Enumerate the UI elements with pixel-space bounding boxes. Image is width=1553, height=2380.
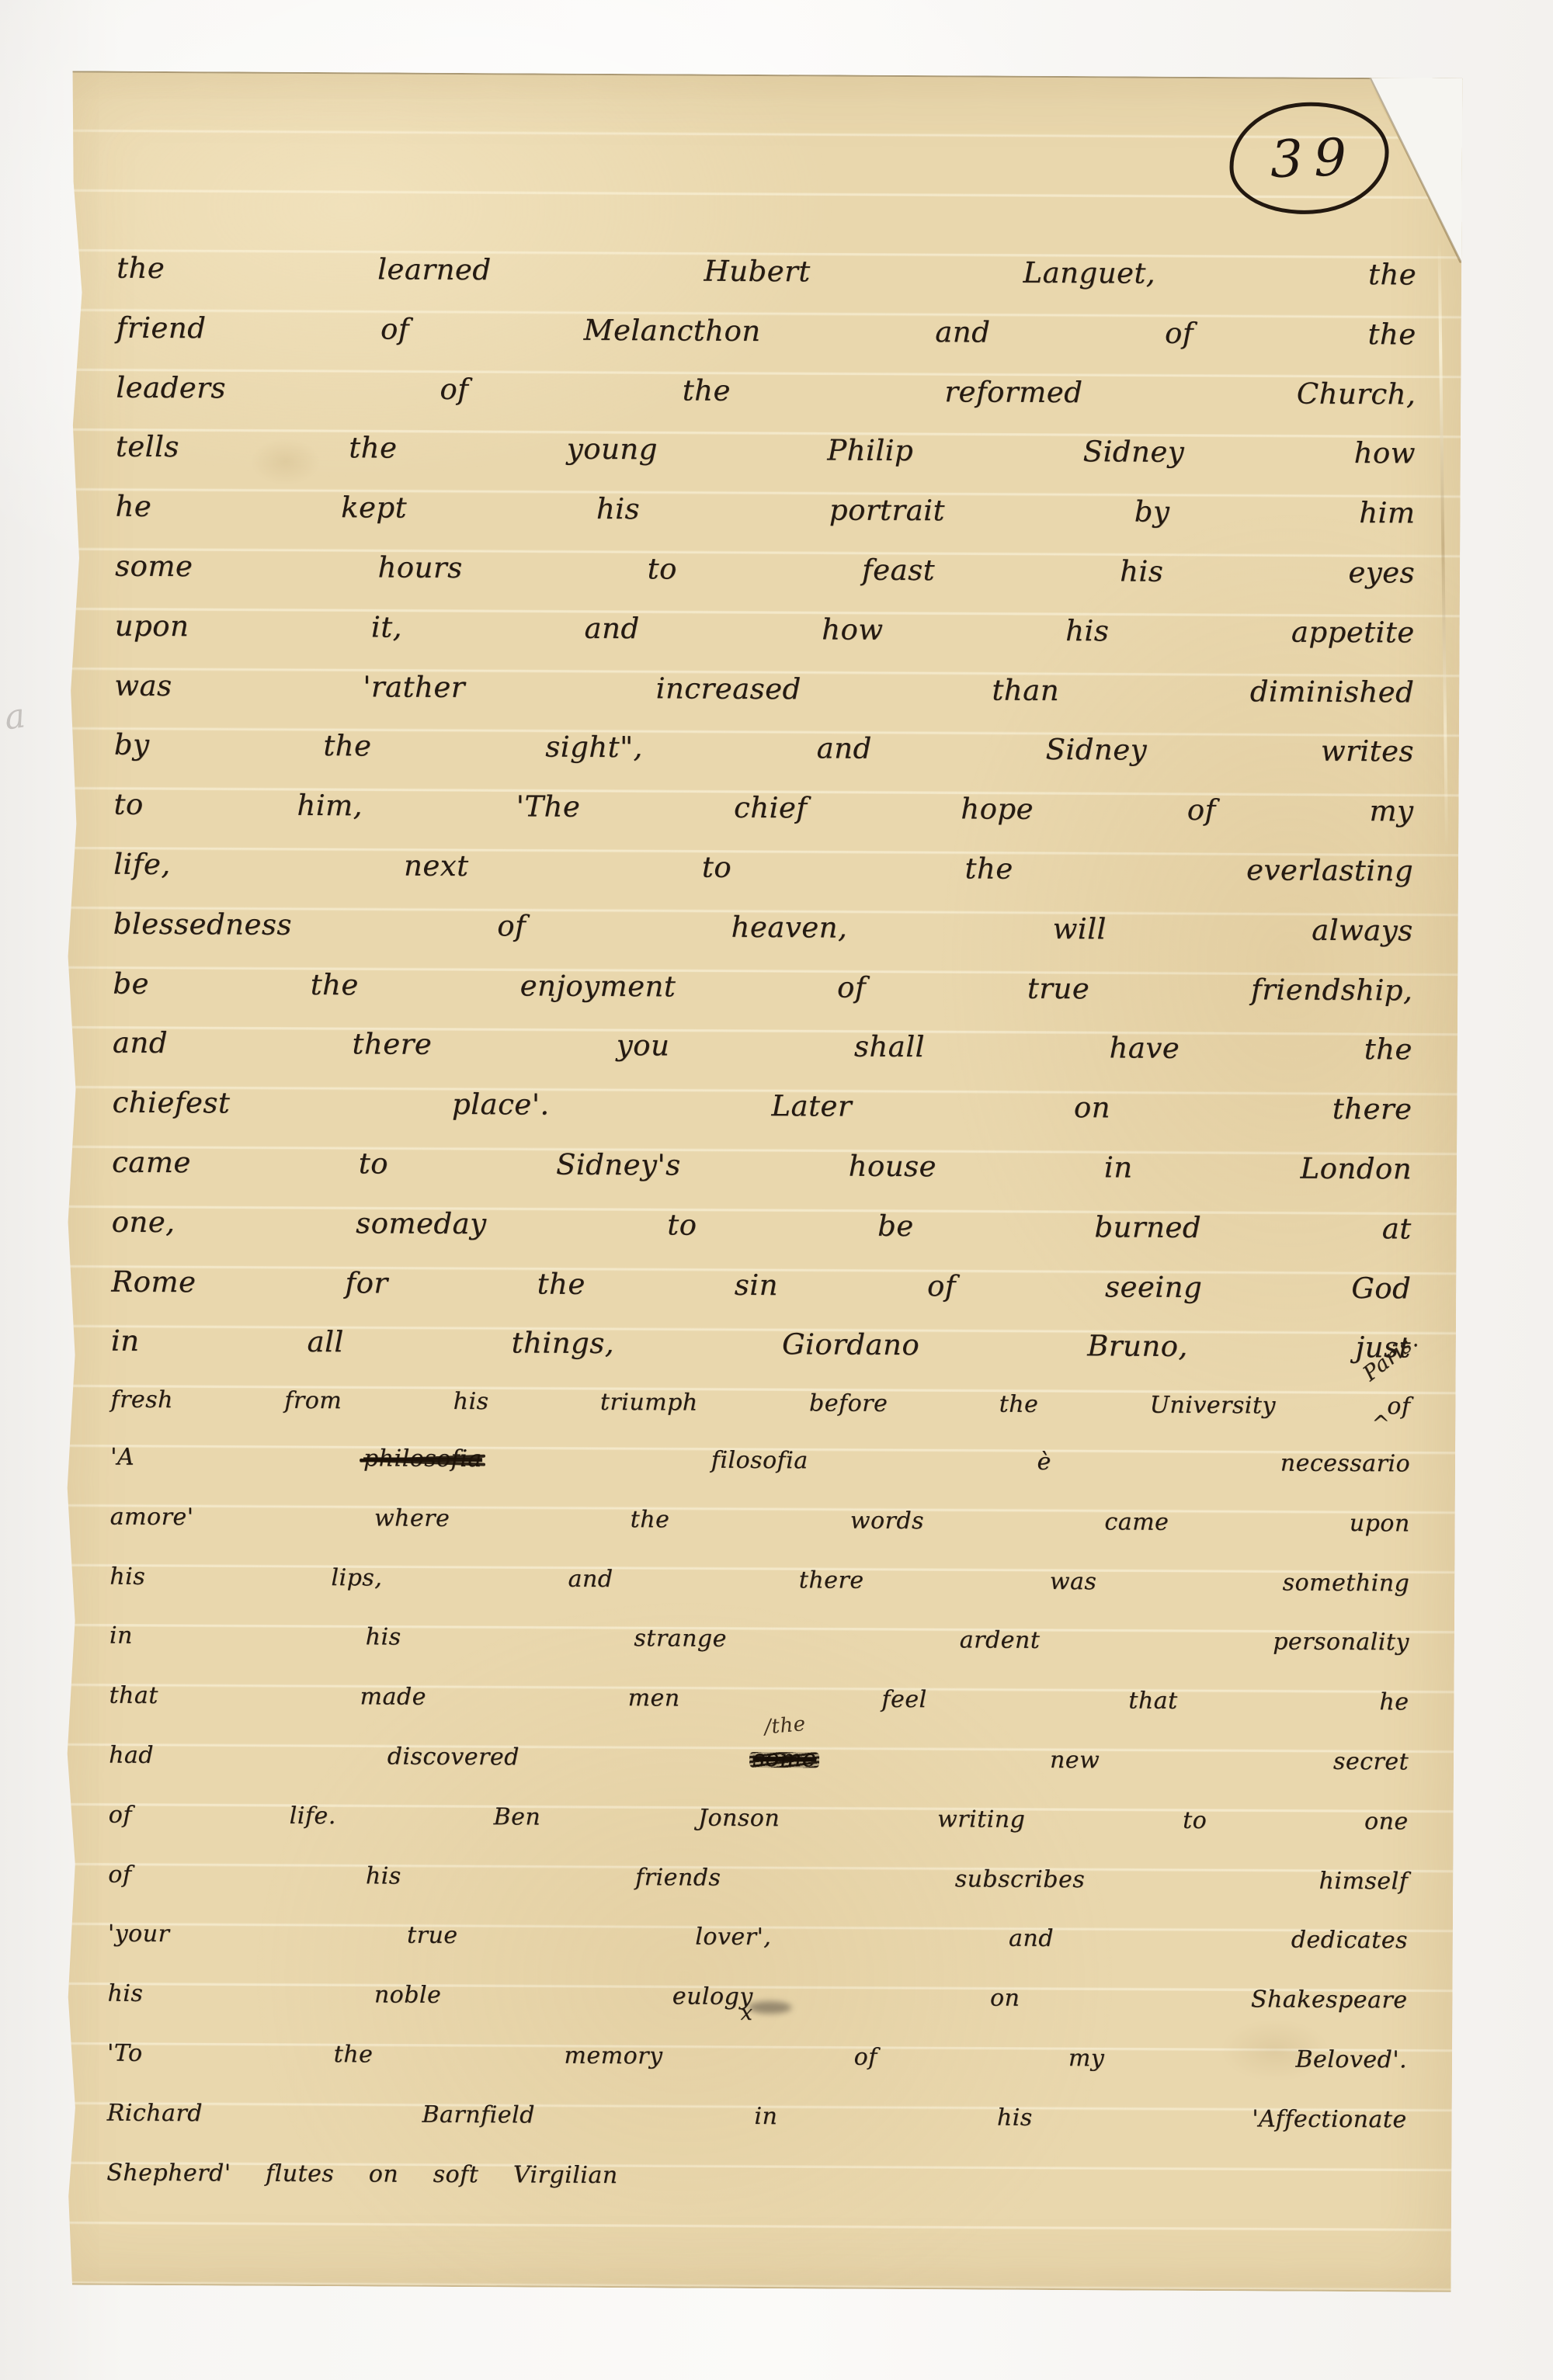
manuscript-line: friend of Melancthon and of the	[116, 311, 1416, 377]
manuscript-line: came to Sidney's house in London	[112, 1146, 1412, 1213]
line-text: filosofia è necessario	[482, 1445, 1410, 1477]
line-text: his noble eulogy	[107, 1980, 752, 2011]
manuscript-line: Shepherd' flutes on soft Virgilian	[106, 2159, 1406, 2226]
interlinear-insertion: /the	[763, 1712, 807, 1739]
manuscript-line: 'your true lover', and dedicates	[108, 1920, 1408, 1987]
manuscript-line: his lips, and there was something	[109, 1563, 1409, 1629]
blacked-out-word: some	[752, 1745, 816, 1772]
manuscript-line: life, next to the everlasting	[113, 848, 1413, 914]
manuscript-line: 'To the memory of my Beloved'.	[107, 2040, 1407, 2107]
manuscript-line: in all things, Giordano Bruno, just	[111, 1324, 1411, 1391]
manuscript-line: in his strange ardent personality	[109, 1622, 1409, 1689]
scanned-manuscript-page: { "page": { "page_number": "39", "backin…	[0, 0, 1553, 2380]
manuscript-line: tells the young Philip Sidney how	[116, 430, 1416, 497]
manuscript-line: chiefest place'. Later on there	[112, 1086, 1412, 1153]
manuscript-line: leaders of the reformed Church,	[116, 370, 1416, 437]
manuscript-line-with-correction: had discovered some/the new secret	[109, 1742, 1409, 1809]
manuscript-line: was 'rather increased than diminished	[114, 668, 1414, 735]
insertion-mark-x: x	[741, 2001, 753, 2025]
struck-out-word: philosofia	[363, 1445, 482, 1473]
manuscript-line-with-mark: his noble eulogyx on Shakespeare	[107, 1980, 1407, 2047]
manuscript-line: Rome for the sin of seeing God	[111, 1265, 1411, 1331]
manuscript-line: he kept his portrait by him	[115, 490, 1415, 557]
line-text: fresh from his triumph before the Univer…	[110, 1386, 1410, 1421]
manuscript-line: the learned Hubert Languet, the	[116, 252, 1416, 318]
manuscript-line: some hours to feast his eyes	[115, 550, 1415, 616]
paper-crease	[1438, 243, 1449, 848]
manuscript-line: by the sight", and Sidney writes	[114, 728, 1414, 795]
manuscript-line-with-strikeout: 'A philosofia filosofia è necessario	[110, 1444, 1410, 1511]
line-text: on Shakespeare	[759, 1983, 1407, 2014]
line-text: had discovered	[109, 1742, 753, 1772]
manuscript-line: blessedness of heaven, will always	[113, 907, 1412, 973]
manuscript-line: of life. Ben Jonson writing to one	[108, 1801, 1408, 1868]
manuscript-line-with-insertion: fresh from his triumph before the Univer…	[110, 1384, 1410, 1451]
line-text: 'A	[110, 1444, 363, 1473]
manuscript-line: and there you shall have the	[113, 1026, 1412, 1093]
manuscript-text-block: the learned Hubert Languet, the friend o…	[106, 252, 1416, 2226]
page-number: 39	[1270, 127, 1358, 189]
manuscript-line: Richard Barnfield in his 'Affectionate	[106, 2099, 1406, 2166]
insertion-caret: ^	[1371, 1410, 1390, 1436]
manuscript-line: amore' where the words came upon	[109, 1503, 1409, 1570]
manuscript-line: be the enjoyment of true friendship,	[113, 966, 1412, 1033]
line-text: new secret	[816, 1745, 1409, 1775]
manuscript-line: of his friends subscribes himself	[108, 1861, 1408, 1927]
faint-pencil-mark: a	[2, 696, 28, 737]
correction-anchor: some/the	[752, 1745, 816, 1772]
manuscript-line: upon it, and how his appetite	[114, 609, 1414, 675]
manuscript-paper: 39 the learned Hubert Languet, the frien…	[55, 71, 1463, 2292]
manuscript-line: one, someday to be burned at	[111, 1205, 1411, 1272]
manuscript-line: to him, 'The chief hope of my	[113, 788, 1413, 855]
manuscript-line: that made men feel that he	[109, 1682, 1409, 1749]
page-number-circle: 39	[1225, 97, 1392, 219]
